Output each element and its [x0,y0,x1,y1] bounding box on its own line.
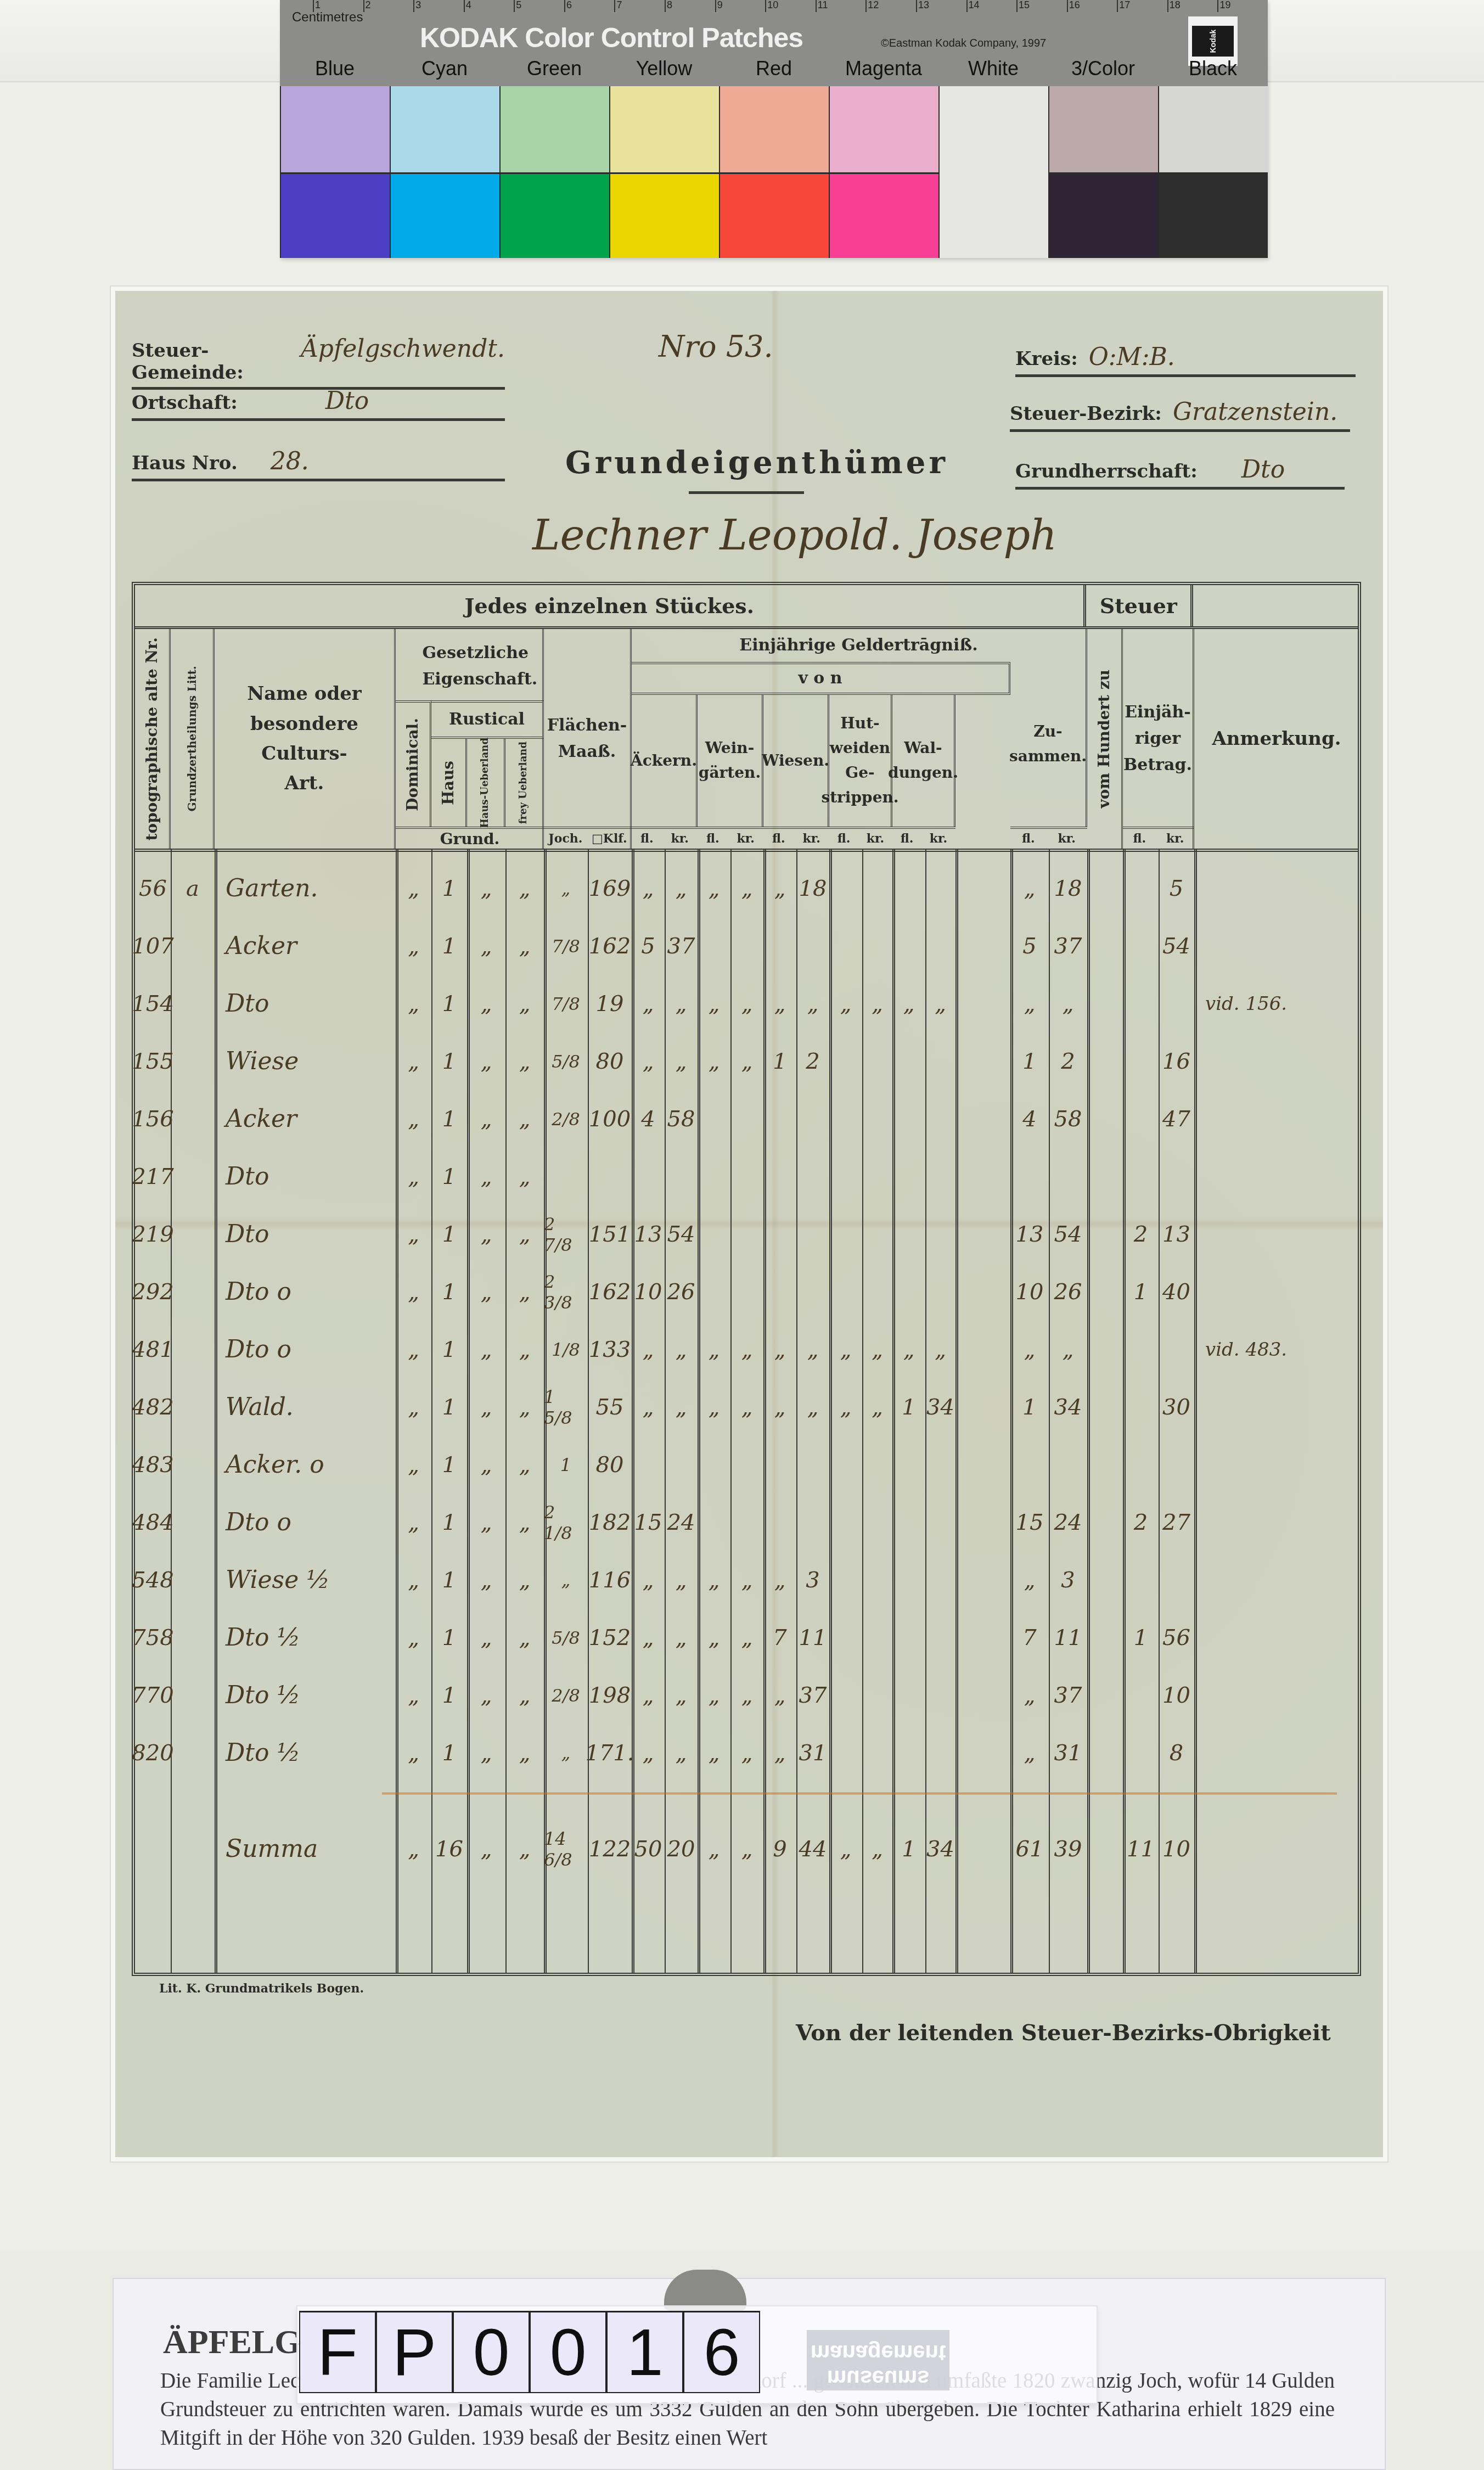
cell-tax-fl [1123,1666,1159,1724]
patch-light [830,86,938,172]
cell-weingarten-fl: „ [698,1321,730,1378]
col-weingarten: Wein-gärten. [698,695,763,827]
unit-fl: fl. [1022,832,1035,846]
cell-wiesen-kr: 11 [796,1609,829,1666]
cell-aeckern-fl: 4 [632,1090,665,1148]
cell-wiesen-fl: 7 [763,1609,796,1666]
patch-dark [501,172,609,259]
cell-zusammen-fl: 7 [1010,1609,1049,1666]
steuer-gemeinde-field: Steuer-Gemeinde: Äpfelgschwendt. [132,335,505,390]
cell-dominical: „ [396,1494,431,1551]
cell-hutweiden-fl: „ [829,1820,862,1878]
unit-grund: Grund. [396,827,544,849]
cell-klf: 133 [588,1321,632,1378]
cell-note [1194,1090,1359,1148]
cell-hutweiden-kr [862,1724,892,1782]
cell-klf: 169 [588,860,632,917]
cell-name: Acker. o [215,1436,396,1494]
cell-zusammen-fl: „ [1010,1724,1049,1782]
cell-zusammen-kr: 24 [1049,1494,1087,1551]
cell-note: vid. 483. [1194,1321,1359,1378]
cell-litt [171,1148,215,1205]
cell-litt [171,1321,215,1378]
cell-tax-fl [1123,1378,1159,1436]
cell-dominical: „ [396,1032,431,1090]
cell-aeckern-kr: 24 [665,1494,698,1551]
cell-haus-ueberland: „ [467,1378,505,1436]
cell-waldungen-kr [925,1609,955,1666]
cell-aeckern-fl [632,1148,665,1205]
cell-klf: 80 [588,1032,632,1090]
steuer-gemeinde-label: Steuer-Gemeinde: [132,340,290,384]
cell-hutweiden-fl: „ [829,975,862,1032]
unit-fl: fl. [901,832,914,846]
cell-wiesen-kr: „ [796,975,829,1032]
cell-dominical: „ [396,917,431,975]
col-rustical: Rustical [431,700,544,739]
col-name: Name oder besondere Culturs-Art. [215,629,396,849]
cell-haus-ueberland: „ [467,1090,505,1148]
cell-name: Acker [215,917,396,975]
cell-topo-nr: 219 [135,1205,171,1263]
cell-haus-ueberland: „ [467,1494,505,1551]
page-title: Grundeigenthümer [565,445,948,481]
cell-wiesen-fl: 9 [763,1820,796,1878]
cell-topo-nr: 107 [135,917,171,975]
cell-note: vid. 156. [1194,975,1359,1032]
cell-wiesen-fl: „ [763,1378,796,1436]
cell-waldungen-kr [925,1148,955,1205]
id-tab: P [376,2311,453,2393]
cell-hutweiden-fl: „ [829,1321,862,1378]
cell-joch: 2 1/8 [544,1494,588,1551]
cell-dominical: „ [396,1820,431,1878]
cell-aeckern-kr: „ [665,1032,698,1090]
cell-tax-kr: 10 [1159,1666,1194,1724]
cell-note [1194,860,1359,917]
cell-hutweiden-kr [862,1205,892,1263]
cell-joch: „ [544,1551,588,1609]
cell-zusammen-fl: 13 [1010,1205,1049,1263]
table-row: 770Dto ½„1„„2/8198„„„„„37„3710 [135,1666,1358,1724]
cell-wiesen-kr: 37 [796,1666,829,1724]
cell-topo-nr: 483 [135,1436,171,1494]
card-copyright: ©Eastman Kodak Company, 1997 [881,37,1046,50]
cell-dominical: „ [396,1263,431,1321]
kodak-color-card: 12345678910111213141516171819 Centimetre… [280,0,1268,258]
cell-weingarten-fl: „ [698,1378,730,1436]
cell-zusammen-fl: „ [1010,975,1049,1032]
cell-weingarten-fl [698,1436,730,1494]
cell-tax-kr: 47 [1159,1090,1194,1148]
cell-aeckern-fl [632,1436,665,1494]
cell-weingarten-fl [698,1263,730,1321]
cell-note [1194,1148,1359,1205]
cell-litt [171,1724,215,1782]
title-divider [689,491,804,494]
cell-wiesen-kr [796,1436,829,1494]
ruler-tick: 17 [1117,0,1167,12]
cell-weingarten-fl [698,1494,730,1551]
unit-kr: kr. [671,832,689,846]
cell-klf: 80 [588,1436,632,1494]
cell-waldungen-kr [925,1032,955,1090]
cell-zusammen-fl: „ [1010,1666,1049,1724]
cell-joch: 2/8 [544,1666,588,1724]
cell-waldungen-fl [892,917,925,975]
cell-joch: 2/8 [544,1090,588,1148]
col-ertrag: Einjährige Geldertrāgniß. [632,629,1087,662]
cell-joch: 2 7/8 [544,1205,588,1263]
cell-haus: 1 [431,975,467,1032]
cell-frey-ueberland: „ [505,1494,544,1551]
cell-aeckern-kr: 20 [665,1820,698,1878]
unit-fl: fl. [706,832,719,846]
cell-hutweiden-kr [862,1090,892,1148]
cell-hutweiden-fl [829,1032,862,1090]
patch-label-magenta: Magenta [829,57,938,85]
cell-litt [171,1609,215,1666]
cell-zusammen-fl: 1 [1010,1378,1049,1436]
col-vom-hundert: vom Hundert zu [1087,629,1123,849]
cell-name: Dto [215,1148,396,1205]
table-row: 292Dto o„1„„2 3/816210261026140 [135,1263,1358,1321]
cell-tax-fl [1123,975,1159,1032]
cell-hutweiden-kr [862,1263,892,1321]
cell-hutweiden-fl [829,1724,862,1782]
cell-klf: 171. [588,1724,632,1782]
patch-light [281,86,390,172]
cell-topo-nr: 292 [135,1263,171,1321]
unit-kr: kr. [803,832,820,846]
cell-haus: 1 [431,1436,467,1494]
cell-name: Dto o [215,1494,396,1551]
cell-hutweiden-kr: „ [862,1378,892,1436]
cell-dominical: „ [396,1436,431,1494]
cell-aeckern-fl: „ [632,1666,665,1724]
card-title: KODAK Color Control Patches [420,22,803,54]
cell-klf: 100 [588,1090,632,1148]
cell-haus: 1 [431,1551,467,1609]
cell-tax-kr [1159,1551,1194,1609]
cell-weingarten-kr: „ [730,1321,763,1378]
cell-zusammen-kr: 31 [1049,1724,1087,1782]
patch-dark [391,172,499,259]
cell-zusammen-kr: 18 [1049,860,1087,917]
cell-wiesen-kr: „ [796,1321,829,1378]
cell-haus: 1 [431,1609,467,1666]
cell-weingarten-fl: „ [698,1724,730,1782]
patch-3-color [1048,86,1158,258]
col-waldungen: Wal-dungen. [892,695,955,827]
cell-zusammen-kr: 39 [1049,1820,1087,1878]
haus-nro-value: 28. [271,447,309,475]
patch-label-cyan: Cyan [390,57,499,85]
cell-zusammen-kr: 26 [1049,1263,1087,1321]
patch-cyan [390,86,499,258]
cell-weingarten-fl: „ [698,1551,730,1609]
cell-name: Wiese ½ [215,1551,396,1609]
cell-tax-kr: 54 [1159,917,1194,975]
cell-weingarten-fl: „ [698,975,730,1032]
cell-dominical: „ [396,1378,431,1436]
cell-weingarten-fl [698,917,730,975]
table-total-row: Summa„16„„14 6/81225020„„944„„1346139111… [135,1820,1358,1878]
cell-klf: 198 [588,1666,632,1724]
cell-tax-fl [1123,860,1159,917]
cell-tax-kr: 13 [1159,1205,1194,1263]
grundherrschaft-field: Grundherrschaft: Dto [1015,456,1345,490]
kreis-value: O:M:B. [1089,343,1175,371]
cell-topo-nr: 548 [135,1551,171,1609]
cell-zusammen-kr: 58 [1049,1090,1087,1148]
cell-topo-nr: 155 [135,1032,171,1090]
cell-dominical: „ [396,1321,431,1378]
cell-wiesen-kr: „ [796,1378,829,1436]
kreis-field: Kreis: O:M:B. [1015,343,1356,377]
cell-hutweiden-fl [829,917,862,975]
object-id-tabs: FP0016 [299,2311,760,2399]
cell-wiesen-fl: „ [763,1321,796,1378]
unit-kr: kr. [1058,832,1076,846]
cell-haus-ueberland: „ [467,917,505,975]
cell-frey-ueberland: „ [505,1378,544,1436]
cell-klf: 162 [588,917,632,975]
cell-waldungen-kr [925,1090,955,1148]
cell-hutweiden-fl [829,1436,862,1494]
cell-frey-ueberland: „ [505,1032,544,1090]
cell-haus-ueberland: „ [467,1724,505,1782]
cell-weingarten-kr: „ [730,860,763,917]
cell-zusammen-kr: 3 [1049,1551,1087,1609]
table-row: 56aGarten.„1„„„169„„„„„18„185 [135,860,1358,917]
cell-aeckern-fl: „ [632,1609,665,1666]
col-dominical: Dominical. [396,700,431,827]
cell-hutweiden-kr [862,1494,892,1551]
cell-tax-kr [1159,1148,1194,1205]
cell-tax-fl [1123,917,1159,975]
cell-aeckern-fl: „ [632,1032,665,1090]
cell-haus-ueberland: „ [467,1609,505,1666]
cell-name: Dto ½ [215,1609,396,1666]
unit-wiesen: fl.kr. [763,827,829,849]
header-divider [135,849,1358,852]
patch-dark [1049,172,1158,259]
patch-white [938,86,1048,258]
ruler-tick: 18 [1167,0,1218,12]
patch-light [1159,86,1268,172]
unit-fl: fl. [837,832,851,846]
cell-dominical: „ [396,1551,431,1609]
id-tab: 1 [606,2311,683,2393]
cell-litt [171,975,215,1032]
cell-aeckern-fl: 13 [632,1205,665,1263]
cell-aeckern-kr: „ [665,1378,698,1436]
cell-waldungen-fl [892,1205,925,1263]
sum-divider [382,1793,1337,1794]
cell-aeckern-fl: „ [632,860,665,917]
cell-joch: 1 [544,1436,588,1494]
patch-light [391,86,499,172]
cell-hutweiden-fl [829,1148,862,1205]
cell-hutweiden-kr [862,917,892,975]
cell-waldungen-kr [925,1494,955,1551]
cell-zusammen-fl: 4 [1010,1090,1049,1148]
cell-aeckern-fl: „ [632,1378,665,1436]
cell-frey-ueberland: „ [505,1436,544,1494]
cell-litt [171,1666,215,1724]
cell-wiesen-fl: „ [763,1724,796,1782]
cell-haus: 1 [431,1090,467,1148]
cell-waldungen-kr [925,1263,955,1321]
cell-zusammen-fl: 5 [1010,917,1049,975]
ruler-tick: 19 [1217,0,1268,12]
cell-note [1194,1436,1359,1494]
cell-waldungen-fl [892,1609,925,1666]
cell-wiesen-kr [796,1148,829,1205]
cell-weingarten-kr [730,1263,763,1321]
grundherrschaft-label: Grundherrschaft: [1015,461,1198,482]
cell-litt [171,1032,215,1090]
cell-hutweiden-fl [829,1551,862,1609]
cell-topo-nr: 820 [135,1724,171,1782]
col-von: v o n [632,662,1010,695]
steuer-bezirk-value: Gratzenstein. [1173,398,1337,426]
cell-haus: 1 [431,1205,467,1263]
patch-red [719,86,829,258]
cell-note [1194,917,1359,975]
cell-dominical: „ [396,1609,431,1666]
cell-waldungen-fl [892,1551,925,1609]
ortschaft-field: Ortschaft: Dto [132,387,505,421]
cell-weingarten-kr: „ [730,1609,763,1666]
cell-zusammen-fl [1010,1148,1049,1205]
cell-waldungen-fl: „ [892,975,925,1032]
cell-hutweiden-fl [829,1205,862,1263]
cell-zusammen-kr: 37 [1049,917,1087,975]
cell-topo-nr: 482 [135,1378,171,1436]
cell-name: Garten. [215,860,396,917]
patch-label-green: Green [499,57,609,85]
cell-haus-ueberland: „ [467,1205,505,1263]
cell-tax-kr: 40 [1159,1263,1194,1321]
patch-light [501,86,609,172]
cell-name: Dto [215,1205,396,1263]
patch-label-black: Black [1158,57,1268,85]
cell-litt [171,917,215,975]
cell-note [1194,1205,1359,1263]
cell-aeckern-kr: 37 [665,917,698,975]
col-einjaehriger-betrag: Einjäh-riger Betrag. [1123,629,1194,849]
patch-yellow [609,86,719,258]
patch-dark [1159,172,1268,259]
cell-hutweiden-kr: „ [862,1820,892,1878]
unit-zusammen: fl.kr. [1010,827,1087,849]
patch-black [1158,86,1268,258]
cell-weingarten-kr: „ [730,1551,763,1609]
cell-klf: 162 [588,1263,632,1321]
cell-note [1194,1551,1359,1609]
col-haus-ueberland: Haus-Ueberland [467,739,505,827]
cell-aeckern-fl: „ [632,1724,665,1782]
cell-haus-ueberland: „ [467,1436,505,1494]
cell-aeckern-kr [665,1148,698,1205]
patch-blue [280,86,390,258]
cell-tax-kr [1159,975,1194,1032]
cell-waldungen-kr [925,1436,955,1494]
table-row: 481Dto o„1„„1/8133„„„„„„„„„„„„vid. 483. [135,1321,1358,1378]
col-haus: Haus [431,739,467,827]
cell-tax-fl [1123,1321,1159,1378]
cell-zusammen-kr: 11 [1049,1609,1087,1666]
cell-dominical: „ [396,1666,431,1724]
owner-name: Lechner Leopold. Joseph [532,510,1057,559]
ledger-table: Jedes einzelnen Stückes. Steuer topograp… [132,582,1361,1976]
ruler-tick: 7 [614,0,665,12]
cell-name: Wiese [215,1032,396,1090]
cell-tax-kr [1159,1321,1194,1378]
cell-tax-kr: 56 [1159,1609,1194,1666]
steuer-bezirk-field: Steuer-Bezirk: Gratzenstein. [1010,398,1350,432]
cell-zusammen-kr: „ [1049,975,1087,1032]
cell-tax-fl: 1 [1123,1609,1159,1666]
cell-name: Dto [215,975,396,1032]
cell-weingarten-fl: „ [698,860,730,917]
cell-waldungen-kr [925,917,955,975]
cell-note [1194,1666,1359,1724]
cell-litt [171,1378,215,1436]
patch-dark [610,172,719,259]
patch-light [1049,86,1158,172]
ruler-tick: 10 [765,0,816,12]
cell-tax-fl [1123,1551,1159,1609]
cell-joch: „ [544,860,588,917]
cell-hutweiden-kr [862,1148,892,1205]
cell-haus-ueberland: „ [467,1820,505,1878]
cell-joch: „ [544,1724,588,1782]
cell-name: Dto o [215,1263,396,1321]
unit-kr: kr. [867,832,884,846]
cell-litt [171,1263,215,1321]
cell-frey-ueberland: „ [505,975,544,1032]
cell-weingarten-fl [698,1148,730,1205]
cell-haus-ueberland: „ [467,1148,505,1205]
cell-wiesen-kr [796,917,829,975]
cell-zusammen-kr: 37 [1049,1666,1087,1724]
cell-wiesen-fl [763,917,796,975]
patch-light [940,86,1048,172]
cell-tax-kr: 27 [1159,1494,1194,1551]
cell-aeckern-fl: 15 [632,1494,665,1551]
steuer-gemeinde-value: Äpfelgschwendt. [301,335,505,363]
cell-klf [588,1148,632,1205]
cell-frey-ueberland: „ [505,1609,544,1666]
cell-tax-fl: 2 [1123,1494,1159,1551]
cell-note [1194,1378,1359,1436]
centimetre-ruler: 12345678910111213141516171819 [280,0,1268,12]
ortschaft-label: Ortschaft: [132,392,238,414]
cell-aeckern-fl: 10 [632,1263,665,1321]
table-row: 107Acker„1„„7/816253753754 [135,917,1358,975]
cell-aeckern-fl: „ [632,1551,665,1609]
patch-label-blue: Blue [280,57,390,85]
cell-hutweiden-fl [829,1666,862,1724]
cell-waldungen-fl [892,1724,925,1782]
cell-haus: 1 [431,1263,467,1321]
cell-aeckern-kr: 26 [665,1263,698,1321]
cell-wiesen-fl: 1 [763,1032,796,1090]
cell-name: Dto ½ [215,1724,396,1782]
